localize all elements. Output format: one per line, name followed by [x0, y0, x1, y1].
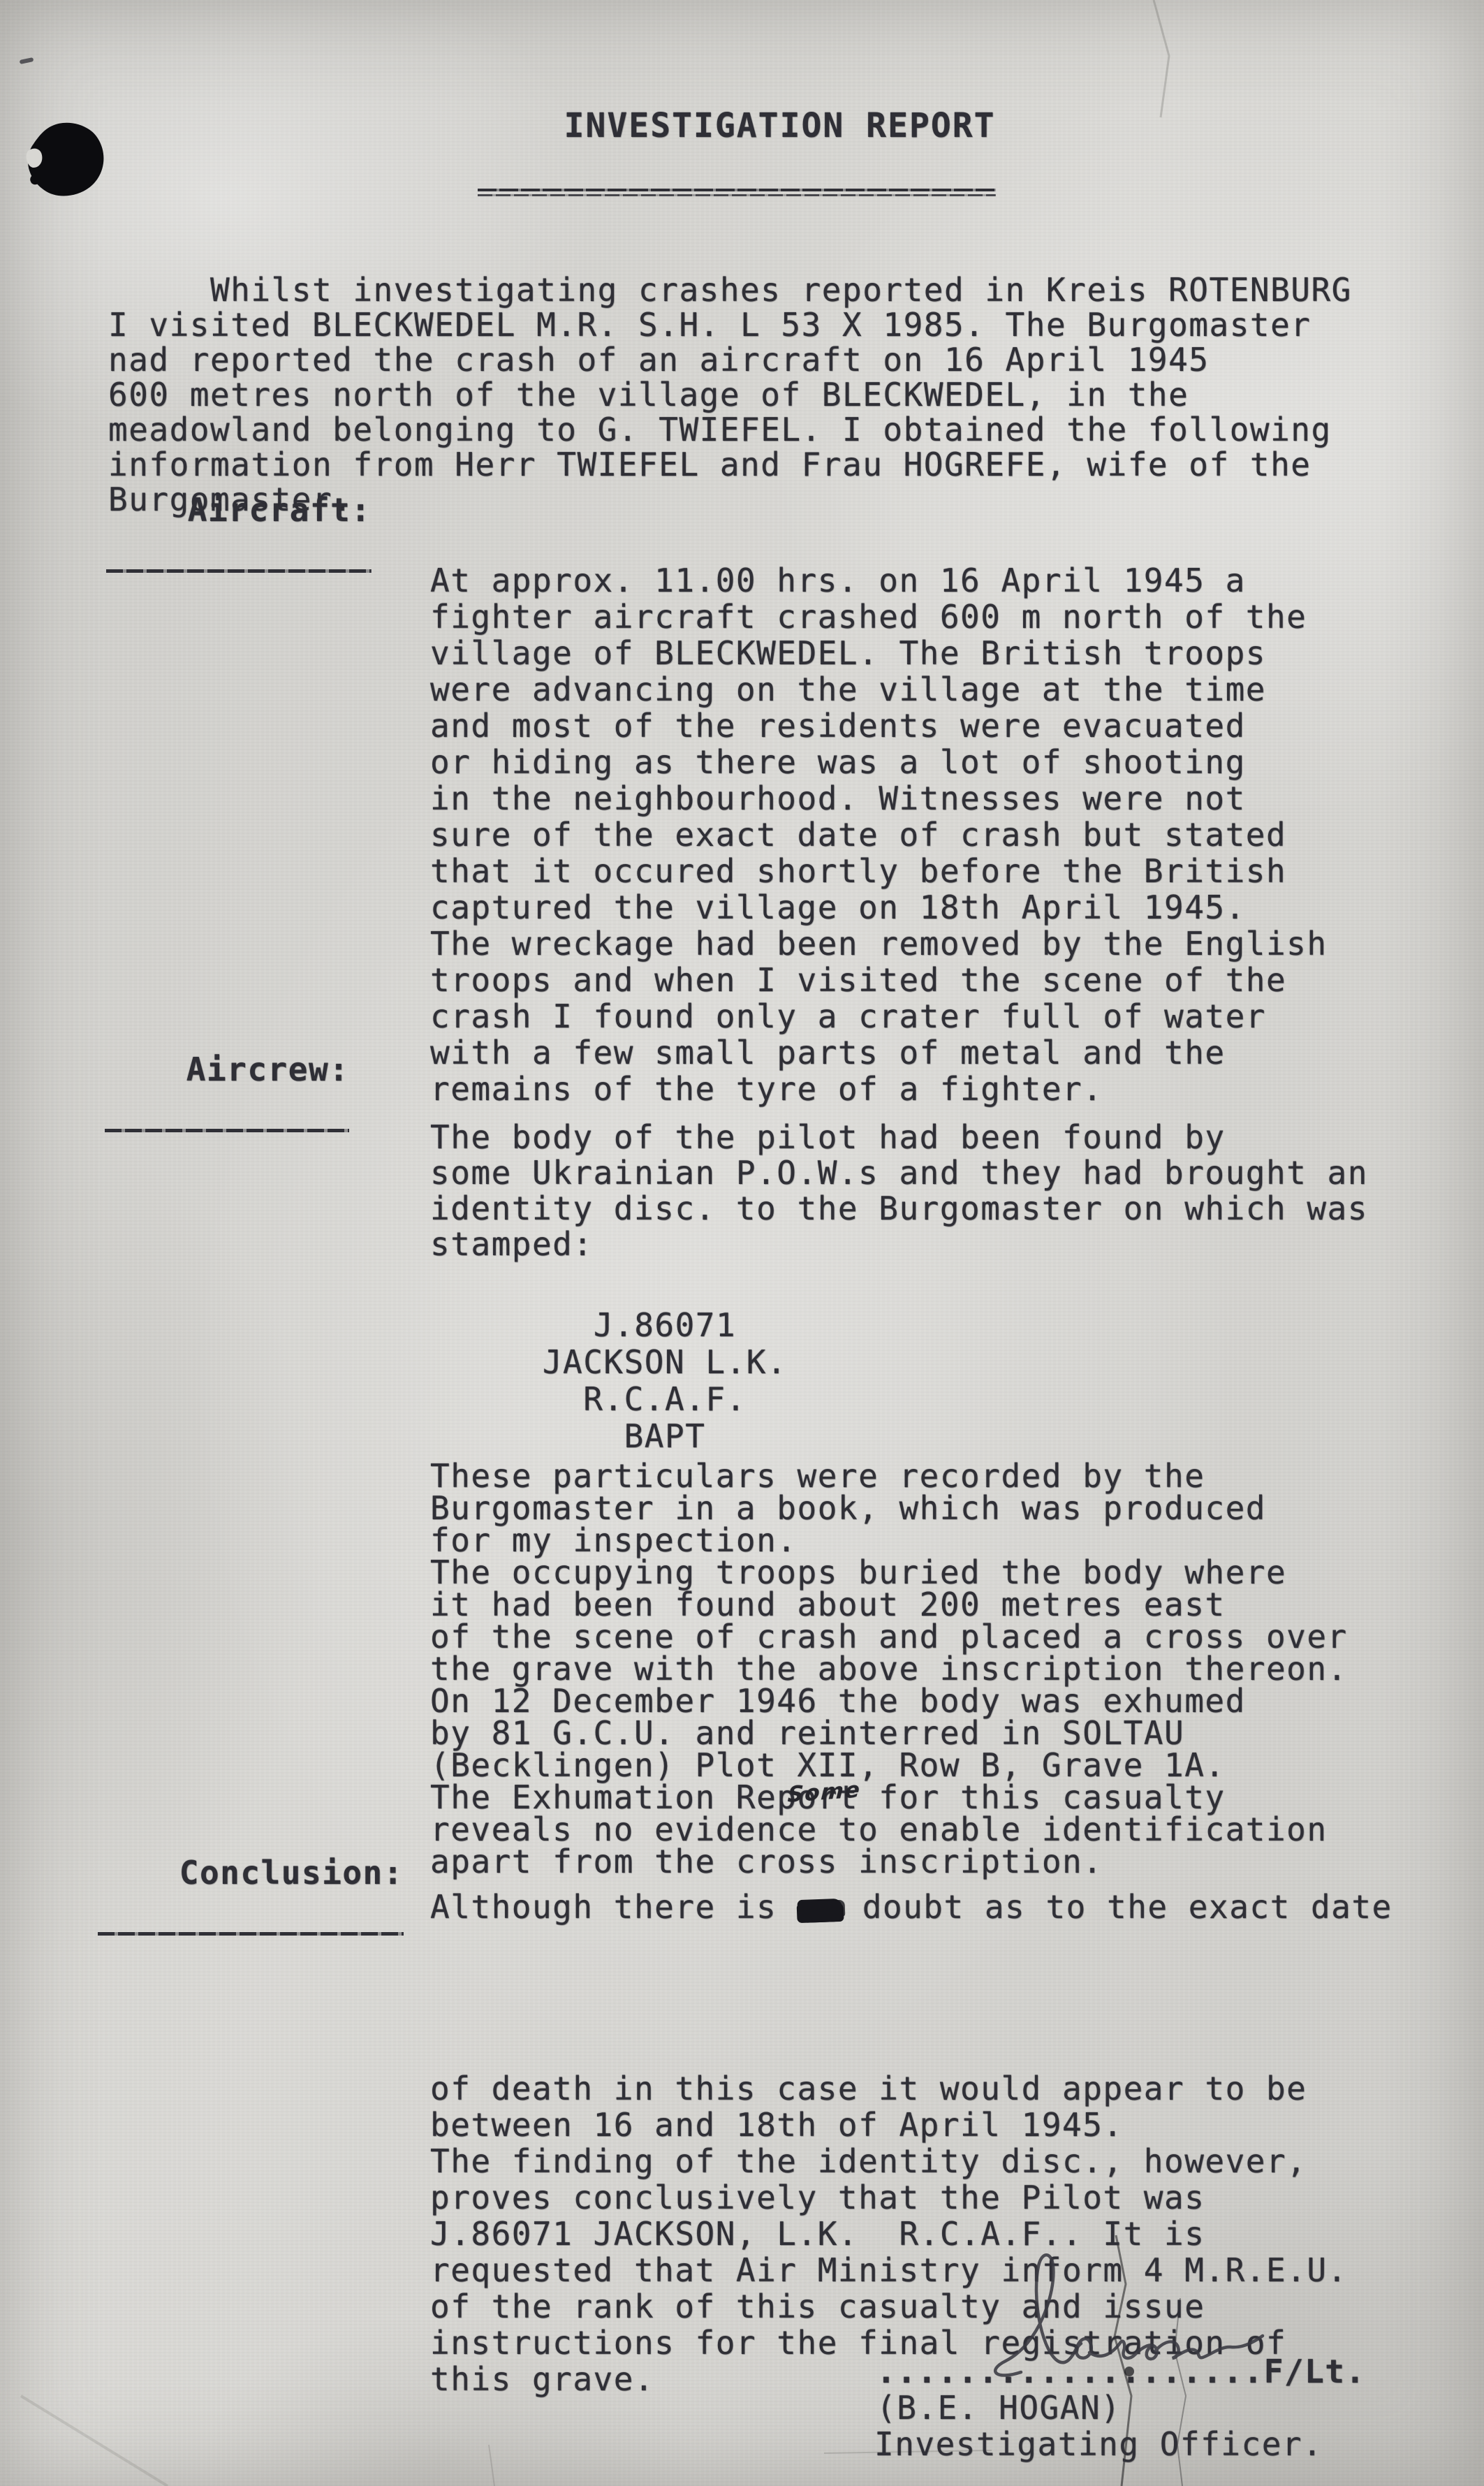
- text-line: captured the village on 18th April 1945.: [430, 889, 1328, 926]
- text-line: in the neighbourhood. Witnesses were not: [430, 780, 1328, 817]
- text-line: between 16 and 18th of April 1945.: [430, 2107, 1393, 2143]
- ink-blot: [21, 120, 113, 204]
- handwritten-annotation: Some: [787, 1777, 862, 1808]
- text-line: On 12 December 1946 the body was exhumed: [430, 1685, 1348, 1717]
- text-line: of the scene of crash and placed a cross…: [430, 1621, 1348, 1653]
- text-line: by 81 G.C.U. and reinterred in SOLTAU: [430, 1717, 1348, 1749]
- text-line: These particulars were recorded by the: [430, 1460, 1348, 1492]
- conclusion-line1-pre: Although there is: [430, 1888, 798, 1926]
- paper-crease-top: [1117, 0, 1215, 119]
- conclusion-first-line: Although there is doubt as to the exact …: [430, 1889, 1393, 1925]
- aircraft-paragraph: At approx. 11.00 hrs. on 16 April 1945 a…: [430, 453, 1328, 1107]
- text-line: I visited BLECKWEDEL M.R. S.H. L 53 X 19…: [108, 307, 1352, 342]
- section-label-conclusion: Conclusion:: [98, 1816, 404, 2014]
- signature-dots: ...................: [876, 2353, 1264, 2390]
- signer-rank: F/Lt.: [1264, 2353, 1366, 2390]
- ink-speck: [20, 57, 34, 64]
- text-line: of the rank of this casualty and issue: [430, 2288, 1393, 2325]
- text-line: were advancing on the village at the tim…: [430, 671, 1328, 708]
- signature-line: ...................F/Lt.: [876, 2353, 1366, 2390]
- label-underline: [98, 1932, 404, 1936]
- text-line: The finding of the identity disc., howev…: [430, 2143, 1393, 2179]
- text-line: for my inspection.: [430, 1524, 1348, 1556]
- signer-name: (B.E. HOGAN): [876, 2389, 1121, 2427]
- text-line: village of BLECKWEDEL. The British troop…: [430, 635, 1328, 671]
- text-line: the grave with the above inscription the…: [430, 1653, 1348, 1685]
- text-line: The wreckage had been removed by the Eng…: [430, 926, 1328, 962]
- label-underline: [106, 569, 372, 573]
- struck-out-word: [797, 1899, 842, 1922]
- aircraft-label-text: Aircraft:: [188, 491, 372, 529]
- text-line: The Exhumation Report for this casualty: [430, 1781, 1348, 1813]
- text-line: of death in this case it would appear to…: [430, 2070, 1393, 2107]
- text-line: troops and when I visited the scene of t…: [430, 962, 1328, 998]
- text-line: Burgomaster in a book, which was produce…: [430, 1492, 1348, 1524]
- text-line: nad reported the crash of an aircraft on…: [108, 342, 1352, 377]
- scanned-report-page: INVESTIGATION REPORT Whilst investigatin…: [0, 0, 1484, 2486]
- stamp-line: J.86071: [430, 1307, 899, 1344]
- text-line: At approx. 11.00 hrs. on 16 April 1945 a: [430, 562, 1328, 599]
- label-underline: [105, 1129, 349, 1132]
- text-line: The occupying troops buried the body whe…: [430, 1556, 1348, 1588]
- text-line: The body of the pilot had been found by: [430, 1120, 1368, 1155]
- text-line: proves conclusively that the Pilot was: [430, 2179, 1393, 2216]
- text-line: some Ukrainian P.O.W.s and they had brou…: [430, 1155, 1368, 1191]
- text-line: it had been found about 200 metres east: [430, 1588, 1348, 1621]
- text-line: meadowland belonging to G. TWIEFEL. I ob…: [108, 412, 1352, 447]
- text-line: or hiding as there was a lot of shooting: [430, 744, 1328, 780]
- aircrew-paragraph-2: These particulars were recorded by theBu…: [430, 1363, 1348, 1878]
- signer-role: Investigating Officer.: [874, 2425, 1323, 2463]
- text-line: that it occured shortly before the Briti…: [430, 853, 1328, 889]
- text-line: requested that Air Ministry inform 4 M.R…: [430, 2252, 1393, 2288]
- page-title: INVESTIGATION REPORT: [564, 106, 996, 145]
- section-label-aircrew: Aircrew:: [105, 1013, 349, 1211]
- conclusion-line1-post: doubt as to the exact date: [842, 1888, 1393, 1926]
- text-line: sure of the exact date of crash but stat…: [430, 817, 1328, 853]
- aircrew-label-text: Aircrew:: [186, 1051, 350, 1088]
- text-line: 600 metres north of the village of BLECK…: [108, 377, 1352, 412]
- conclusion-rest: of death in this case it would appear to…: [430, 1997, 1393, 2397]
- section-label-aircraft: Aircraft:: [106, 453, 372, 651]
- text-line: fighter aircraft crashed 600 m north of …: [430, 599, 1328, 635]
- text-line: Whilst investigating crashes reported in…: [108, 272, 1352, 307]
- conclusion-label-text: Conclusion:: [179, 1854, 404, 1892]
- text-line: (Becklingen) Plot XII, Row B, Grave 1A.: [430, 1749, 1348, 1781]
- text-line: and most of the residents were evacuated: [430, 708, 1328, 744]
- text-line: J.86071 JACKSON, L.K. R.C.A.F.. It is: [430, 2216, 1393, 2252]
